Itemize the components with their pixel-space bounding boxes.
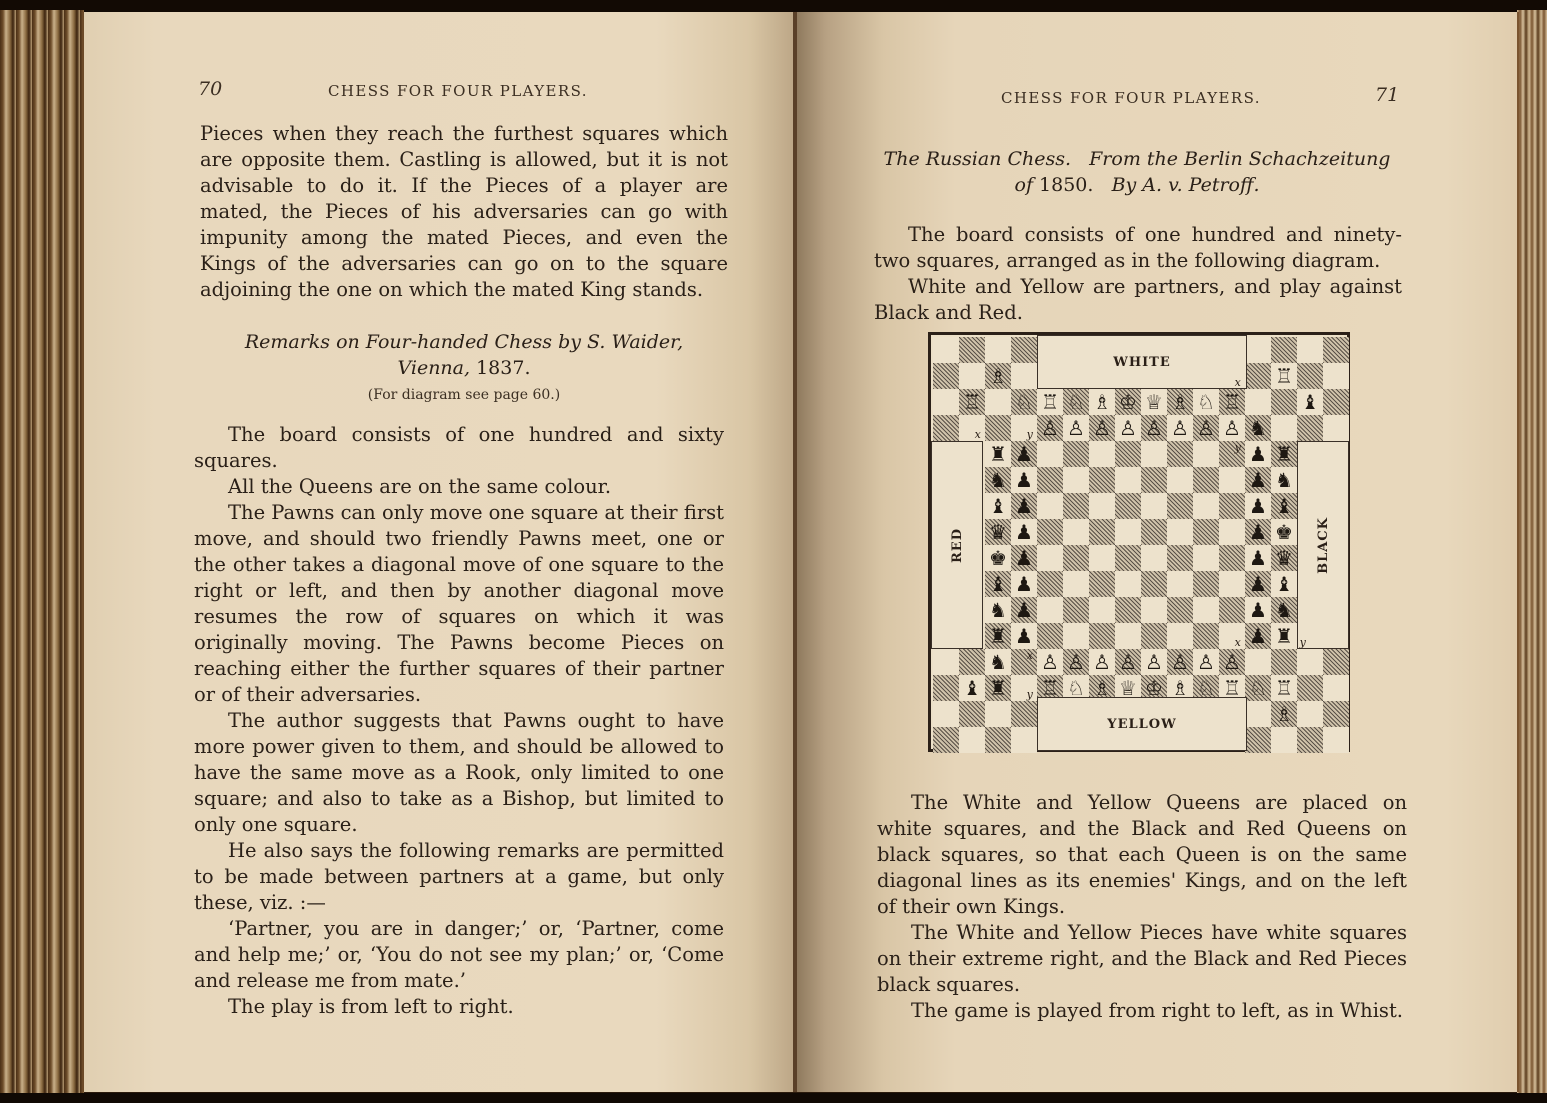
red-piece-icon: ♜: [985, 441, 1011, 467]
red-pawn-icon: ♟: [1011, 571, 1037, 597]
board-square: [1141, 623, 1167, 649]
paragraph: The Pawns can only move one square at th…: [194, 500, 724, 708]
black-label: BLACK: [1316, 517, 1331, 574]
red-pawn-icon: ♟: [1011, 493, 1037, 519]
section-heading-waider: Remarks on Four-handed Chess by S. Waide…: [200, 329, 728, 403]
chess-piece-icon: ♝: [1297, 389, 1323, 415]
chess-piece-icon: ♞: [985, 649, 1011, 675]
paragraph: The White and Yellow Queens are placed o…: [877, 790, 1407, 920]
board-square: [933, 701, 959, 727]
board-square: [1115, 441, 1141, 467]
board-square: [1037, 441, 1063, 467]
board-square: [1063, 571, 1089, 597]
white-label: WHITE: [1113, 355, 1171, 370]
black-piece-icon: ♞: [1271, 597, 1297, 623]
paragraph: ‘Partner, you are in danger;’ or, ‘Partn…: [194, 916, 724, 994]
board-square: [1011, 649, 1037, 675]
board-marker-y: y: [1027, 428, 1033, 441]
board-square: [1115, 623, 1141, 649]
chess-piece-icon: ♖: [959, 389, 985, 415]
board-square: [1037, 623, 1063, 649]
red-piece-icon: ♚: [985, 545, 1011, 571]
board-square: [1141, 571, 1167, 597]
board-square: [985, 337, 1011, 363]
board-square: [933, 363, 959, 389]
board-square: [1297, 415, 1323, 441]
board-square: [1245, 363, 1271, 389]
board-square: [933, 727, 959, 753]
chess-piece-icon: ♘: [1245, 675, 1271, 701]
yellow-pawn-icon: ♙: [1037, 649, 1063, 675]
paragraph: White and Yellow are partners, and play …: [874, 274, 1402, 326]
board-square: [1089, 519, 1115, 545]
white-piece-icon: ♘: [1193, 389, 1219, 415]
left-page-number: 70: [198, 78, 222, 100]
board-square: [1011, 337, 1037, 363]
board-square: [1089, 493, 1115, 519]
board-square: [1193, 493, 1219, 519]
red-pawn-icon: ♟: [1011, 519, 1037, 545]
board-square: [959, 337, 985, 363]
red-pawn-icon: ♟: [1011, 597, 1037, 623]
board-square: [985, 415, 1011, 441]
board-square: [1219, 493, 1245, 519]
red-piece-icon: ♝: [985, 571, 1011, 597]
chess-piece-icon: ♖: [1271, 363, 1297, 389]
paragraph: He also says the following remarks are p…: [194, 838, 724, 916]
board-square: [1011, 415, 1037, 441]
yellow-label-box: YELLOW: [1037, 697, 1247, 751]
open-book: 70 CHESS FOR FOUR PLAYERS. Pieces when t…: [0, 0, 1547, 1103]
white-pawn-icon: ♙: [1089, 415, 1115, 441]
yellow-piece-icon: ♗: [1089, 675, 1115, 701]
board-square: [985, 701, 1011, 727]
board-square: [1193, 441, 1219, 467]
red-pawn-icon: ♟: [1011, 623, 1037, 649]
paragraph: The play is from left to right.: [194, 994, 724, 1020]
black-piece-icon: ♛: [1271, 545, 1297, 571]
board-marker-y: y: [1235, 441, 1241, 454]
board-square: [1193, 519, 1219, 545]
board-square: [985, 389, 1011, 415]
board-square: [1193, 571, 1219, 597]
board-square: [1141, 467, 1167, 493]
paragraph: The author suggests that Pawns ought to …: [194, 708, 724, 838]
heading-line-2: of 1850. By A. v. Petroff.: [867, 172, 1407, 198]
yellow-pawn-icon: ♙: [1167, 649, 1193, 675]
board-square: [1063, 441, 1089, 467]
black-piece-icon: ♜: [1271, 441, 1297, 467]
board-square: [1037, 597, 1063, 623]
board-square: [1271, 415, 1297, 441]
board-marker-x: x: [1235, 636, 1241, 649]
yellow-piece-icon: ♔: [1141, 675, 1167, 701]
left-page: 70 CHESS FOR FOUR PLAYERS. Pieces when t…: [82, 12, 799, 1092]
right-running-head: CHESS FOR FOUR PLAYERS.: [1001, 89, 1261, 107]
white-pawn-icon: ♙: [1141, 415, 1167, 441]
white-pawn-icon: ♙: [1219, 415, 1245, 441]
board-square: [1219, 571, 1245, 597]
white-piece-icon: ♖: [1037, 389, 1063, 415]
yellow-pawn-icon: ♙: [1115, 649, 1141, 675]
board-square: [1063, 519, 1089, 545]
black-pawn-icon: ♟: [1245, 441, 1271, 467]
red-piece-icon: ♝: [985, 493, 1011, 519]
board-marker-y: y: [1027, 688, 1033, 701]
board-square: [1167, 597, 1193, 623]
board-square: [1089, 545, 1115, 571]
yellow-piece-icon: ♖: [1037, 675, 1063, 701]
board-square: [1063, 467, 1089, 493]
board-square: [1011, 363, 1037, 389]
board-square: [1245, 649, 1271, 675]
red-pawn-icon: ♟: [1011, 441, 1037, 467]
right-page-number: 71: [1375, 84, 1399, 106]
black-piece-icon: ♝: [1271, 571, 1297, 597]
board-square: [1141, 441, 1167, 467]
board-square: [1037, 467, 1063, 493]
board-square: [1063, 597, 1089, 623]
yellow-piece-icon: ♗: [1167, 675, 1193, 701]
board-square: [933, 415, 959, 441]
board-square: [1297, 727, 1323, 753]
board-square: [1115, 467, 1141, 493]
board-square: [1089, 597, 1115, 623]
paragraph: The White and Yellow Pieces have white s…: [877, 920, 1407, 998]
left-running-head: CHESS FOR FOUR PLAYERS.: [328, 82, 588, 100]
yellow-piece-icon: ♖: [1219, 675, 1245, 701]
board-square: [1245, 337, 1271, 363]
board-square: [1323, 389, 1349, 415]
board-square: [1167, 623, 1193, 649]
paragraph: The board consists of one hundred and ni…: [874, 222, 1402, 274]
board-square: [1271, 727, 1297, 753]
board-square: [1037, 493, 1063, 519]
board-square: [1141, 519, 1167, 545]
board-square: [1089, 623, 1115, 649]
black-piece-icon: ♜: [1271, 623, 1297, 649]
section-heading-russian-chess: The Russian Chess. From the Berlin Schac…: [867, 146, 1407, 198]
board-square: [1297, 337, 1323, 363]
board-square: [1037, 519, 1063, 545]
white-piece-icon: ♘: [1063, 389, 1089, 415]
yellow-piece-icon: ♘: [1193, 675, 1219, 701]
board-square: [1115, 519, 1141, 545]
board-square: [1167, 493, 1193, 519]
board-square: [1323, 675, 1349, 701]
yellow-piece-icon: ♕: [1115, 675, 1141, 701]
board-square: [1323, 649, 1349, 675]
board-square: [1245, 727, 1271, 753]
board-square: [1297, 363, 1323, 389]
board-square: [1089, 441, 1115, 467]
board-square: [1011, 701, 1037, 727]
board-square: [1115, 597, 1141, 623]
board-square: [959, 649, 985, 675]
black-piece-icon: ♞: [1271, 467, 1297, 493]
board-square: [1115, 571, 1141, 597]
paragraph: All the Queens are on the same colour.: [194, 474, 724, 500]
chess-piece-icon: ♘: [1011, 389, 1037, 415]
black-label-box: BLACK: [1297, 441, 1349, 649]
red-piece-icon: ♞: [985, 597, 1011, 623]
white-pawn-icon: ♙: [1063, 415, 1089, 441]
board-square: [1167, 467, 1193, 493]
board-square: [959, 363, 985, 389]
heading-line-1: Remarks on Four-handed Chess by S. Waide…: [200, 329, 728, 355]
board-square: [1271, 649, 1297, 675]
paragraph: The board consists of one hundred and si…: [194, 422, 724, 474]
red-pawn-icon: ♟: [1011, 545, 1037, 571]
board-square: [1323, 337, 1349, 363]
white-piece-icon: ♔: [1115, 389, 1141, 415]
board-marker-y: y: [1300, 636, 1306, 649]
board-square: [1193, 623, 1219, 649]
board-square: [1245, 701, 1271, 727]
board-square: [1063, 623, 1089, 649]
board-square: [933, 337, 959, 363]
board-square: [1219, 519, 1245, 545]
board-square: [1323, 415, 1349, 441]
red-piece-icon: ♜: [985, 623, 1011, 649]
board-square: [1141, 493, 1167, 519]
red-label-box: RED: [931, 441, 983, 649]
board-marker-x: x: [975, 428, 981, 441]
black-pawn-icon: ♟: [1245, 597, 1271, 623]
yellow-pawn-icon: ♙: [1089, 649, 1115, 675]
board-square: [1219, 467, 1245, 493]
board-square: [1141, 545, 1167, 571]
white-pawn-icon: ♙: [1037, 415, 1063, 441]
board-square: [933, 675, 959, 701]
white-pawn-icon: ♙: [1115, 415, 1141, 441]
board-square: [985, 727, 1011, 753]
red-label: RED: [950, 528, 965, 563]
board-square: [1323, 727, 1349, 753]
book-bottom-shadow: [0, 1093, 1547, 1103]
chess-piece-icon: ♜: [985, 675, 1011, 701]
board-square: [1219, 441, 1245, 467]
board-square: [1271, 389, 1297, 415]
black-pawn-icon: ♟: [1245, 493, 1271, 519]
white-pawn-icon: ♙: [1193, 415, 1219, 441]
chess-piece-icon: ♗: [985, 363, 1011, 389]
yellow-pawn-icon: ♙: [1193, 649, 1219, 675]
board-square: [959, 701, 985, 727]
black-piece-icon: ♚: [1271, 519, 1297, 545]
board-square: [1037, 545, 1063, 571]
yellow-pawn-icon: ♙: [1219, 649, 1245, 675]
yellow-label: YELLOW: [1107, 717, 1176, 732]
white-pawn-icon: ♙: [1167, 415, 1193, 441]
board-square: [959, 727, 985, 753]
board-square: [1193, 597, 1219, 623]
board-square: [1115, 493, 1141, 519]
board-square: [1141, 597, 1167, 623]
board-square: [1219, 545, 1245, 571]
board-square: [1011, 675, 1037, 701]
board-square: [1193, 545, 1219, 571]
board-square: [933, 649, 959, 675]
board-square: [1167, 519, 1193, 545]
paragraph: The game is played from right to left, a…: [877, 998, 1407, 1024]
left-page-edges: [0, 10, 84, 1095]
board-square: [1323, 363, 1349, 389]
black-pawn-icon: ♟: [1245, 623, 1271, 649]
board-marker-x: x: [1235, 376, 1241, 389]
white-piece-icon: ♗: [1167, 389, 1193, 415]
diagram-reference-note: (For diagram see page 60.): [200, 387, 728, 403]
right-page-edges: [1517, 10, 1547, 1095]
board-square: [1037, 571, 1063, 597]
board-square: [959, 415, 985, 441]
chess-piece-icon: ♗: [1271, 701, 1297, 727]
board-square: [1167, 571, 1193, 597]
board-square: [1063, 545, 1089, 571]
board-square: [1297, 701, 1323, 727]
continued-paragraph: Pieces when they reach the furthest squa…: [200, 121, 728, 303]
board-square: [1011, 727, 1037, 753]
black-pawn-icon: ♟: [1245, 571, 1271, 597]
heading-line-1: The Russian Chess. From the Berlin Schac…: [867, 146, 1407, 172]
red-pawn-icon: ♟: [1011, 467, 1037, 493]
yellow-piece-icon: ♘: [1063, 675, 1089, 701]
board-square: [1219, 597, 1245, 623]
chess-piece-icon: ♝: [959, 675, 985, 701]
board-square: [1245, 389, 1271, 415]
black-pawn-icon: ♟: [1245, 519, 1271, 545]
black-pawn-icon: ♟: [1245, 467, 1271, 493]
board-square: [1271, 337, 1297, 363]
board-square: [1323, 701, 1349, 727]
board-square: [1219, 623, 1245, 649]
board-marker-x: x: [1027, 649, 1033, 662]
white-piece-icon: ♖: [1219, 389, 1245, 415]
yellow-pawn-icon: ♙: [1141, 649, 1167, 675]
four-player-chess-board-diagram: WHITE YELLOW RED BLACK ♖♘♗♔♕♗♘♖♙♙♙♙♙♙♙♙♙…: [928, 332, 1350, 752]
black-pawn-icon: ♟: [1245, 545, 1271, 571]
black-piece-icon: ♝: [1271, 493, 1297, 519]
board-square: [1167, 441, 1193, 467]
yellow-pawn-icon: ♙: [1063, 649, 1089, 675]
board-square: [1297, 649, 1323, 675]
board-square: [1089, 571, 1115, 597]
board-square: [1297, 675, 1323, 701]
white-label-box: WHITE: [1037, 335, 1247, 389]
board-square: [1167, 545, 1193, 571]
board-square: [1193, 467, 1219, 493]
board-square: [1063, 493, 1089, 519]
board-square: [933, 389, 959, 415]
white-piece-icon: ♗: [1089, 389, 1115, 415]
chess-piece-icon: ♖: [1271, 675, 1297, 701]
board-square: [1089, 467, 1115, 493]
white-piece-icon: ♕: [1141, 389, 1167, 415]
heading-line-2: Vienna, 1837.: [200, 355, 728, 381]
red-piece-icon: ♞: [985, 467, 1011, 493]
board-square: [1115, 545, 1141, 571]
chess-piece-icon: ♞: [1245, 415, 1271, 441]
red-piece-icon: ♛: [985, 519, 1011, 545]
